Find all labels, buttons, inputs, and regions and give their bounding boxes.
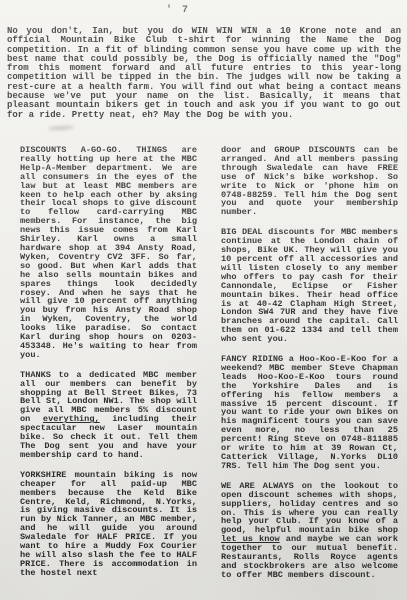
page-number: ' 7 [166, 5, 190, 16]
paragraph: WE ARE ALWAYS on the lookout to open dis… [221, 482, 398, 580]
paragraph: BIG DEAL discounts for MBC members conti… [221, 228, 398, 344]
newsletter-page: ' 7 No you don't, Ian, but you do WIN WI… [0, 0, 407, 600]
paragraph: THANKS to a dedicated MBC member all our… [20, 371, 197, 460]
text-segment: YORKSHIRE mountain biking is now cheaper… [20, 470, 197, 578]
two-column-body: DISCOUNTS A-GO-GO. THINGS are really hot… [20, 146, 398, 591]
text-segment: DISCOUNTS A-GO-GO. THINGS are really hot… [20, 145, 197, 360]
paragraph: DISCOUNTS A-GO-GO. THINGS are really hot… [20, 146, 197, 360]
text-segment: BIG DEAL discounts for MBC members conti… [221, 227, 398, 344]
text-segment: FANCY RIDING a Hoo-Koo-E-Koo for a weeke… [221, 354, 398, 471]
text-segment: door and GROUP DISCOUNTS can be arranged… [221, 145, 398, 217]
left-column: DISCOUNTS A-GO-GO. THINGS are really hot… [20, 146, 197, 591]
scan-smudge-mark [48, 125, 74, 130]
paragraph: YORKSHIRE mountain biking is now cheaper… [20, 471, 197, 578]
intro-paragraph: No you don't, Ian, but you do WIN WIN WI… [7, 27, 401, 120]
right-column: door and GROUP DISCOUNTS can be arranged… [221, 146, 398, 591]
text-segment: WE ARE ALWAYS on the lookout to open dis… [221, 481, 398, 536]
paragraph: door and GROUP DISCOUNTS can be arranged… [221, 146, 398, 217]
paragraph: FANCY RIDING a Hoo-Koo-E-Koo for a weeke… [221, 355, 398, 471]
